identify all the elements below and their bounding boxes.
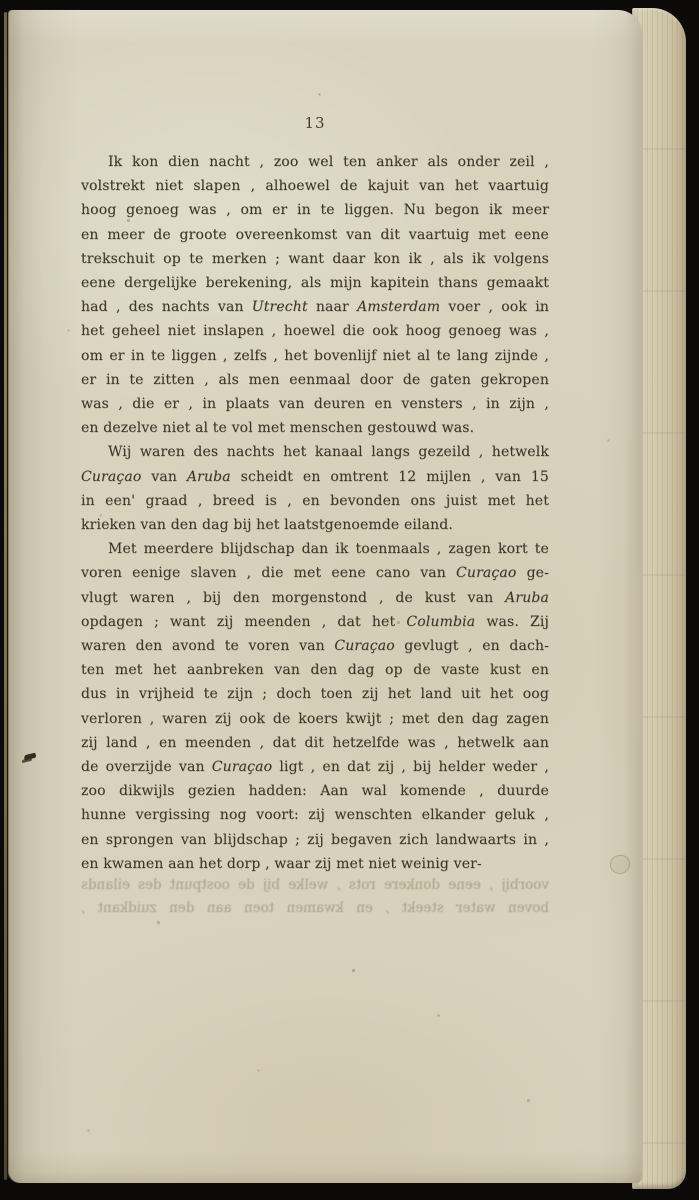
binding-gutter-line <box>4 12 7 1180</box>
bleedthrough-block: voorbij , eene donkere rots , welke bij … <box>81 874 549 920</box>
text-line: trekschuit op te merken ; want daar kon … <box>81 247 549 271</box>
text-line: de overzijde van Curaçao ligt , en dat z… <box>81 755 549 779</box>
text-line: er in te zitten , als men eenmaal door d… <box>81 368 549 392</box>
scanned-book-photo: 13 Ik kon dien nacht , zoo wel ten anker… <box>0 0 699 1200</box>
text-line: Ik kon dien nacht , zoo wel ten anker al… <box>81 150 549 174</box>
text-line: Curaçao van Aruba scheidt en omtrent 12 … <box>81 465 549 489</box>
ink-speck <box>24 753 37 761</box>
text-line: en dezelve niet al te vol met menschen g… <box>81 416 549 440</box>
text-line: en kwamen aan het dorp , waar zij met ni… <box>81 852 549 876</box>
bleedthrough-line: voorbij , eene donkere rots , welke bij … <box>81 874 549 897</box>
text-line: opdagen ; want zij meenden , dat het Col… <box>81 610 549 634</box>
bleedthrough-line: boven water steekt , en kwamen toen aan … <box>81 897 549 920</box>
text-line: hunne vergissing nog voort: zij wenschte… <box>81 803 549 827</box>
text-line: in een' graad , breed is , en bevonden o… <box>81 489 549 513</box>
text-line: dus in vrijheid te zijn ; doch toen zij … <box>81 682 549 706</box>
text-line: ten met het aanbreken van den dag op de … <box>81 658 549 682</box>
text-line: Met meerdere blijdschap dan ik toenmaals… <box>81 537 549 561</box>
text-line: en sprongen van blijdschap ; zij begaven… <box>81 828 549 852</box>
text-line: Wij waren des nachts het kanaal langs ge… <box>81 440 549 464</box>
text-line: hoog genoeg was , om er in te liggen. Nu… <box>81 198 549 222</box>
text-line: verloren , waren zij ook de koers kwijt … <box>81 707 549 731</box>
book-page: 13 Ik kon dien nacht , zoo wel ten anker… <box>8 10 642 1183</box>
text-line: eene dergelijke berekening, als mijn kap… <box>81 271 549 295</box>
page-number: 13 <box>81 114 549 132</box>
text-line: en meer de groote overeenkomst van dit v… <box>81 223 549 247</box>
text-block: Ik kon dien nacht , zoo wel ten anker al… <box>81 150 549 876</box>
text-line: was , die er , in plaats van deuren en v… <box>81 392 549 416</box>
text-line: volstrekt niet slapen , alhoewel de kaju… <box>81 174 549 198</box>
text-line: zoo dikwijls gezien hadden: Aan wal kome… <box>81 779 549 803</box>
text-line: het geheel niet inslapen , hoewel die oo… <box>81 319 549 343</box>
stain-mark <box>610 855 630 874</box>
text-line: zij land , en meenden , dat dit hetzelfd… <box>81 731 549 755</box>
paper-speckles <box>8 10 9 11</box>
text-line: vlugt waren , bij den morgenstond , de k… <box>81 586 549 610</box>
text-line: had , des nachts van Utrecht naar Amster… <box>81 295 549 319</box>
text-line: krieken van den dag bij het laatstgenoem… <box>81 513 549 537</box>
text-line: voren eenige slaven , die met eene cano … <box>81 561 549 585</box>
text-line: om er in te liggen , zelfs , het bovenli… <box>81 344 549 368</box>
text-line: waren den avond te voren van Curaçao gev… <box>81 634 549 658</box>
